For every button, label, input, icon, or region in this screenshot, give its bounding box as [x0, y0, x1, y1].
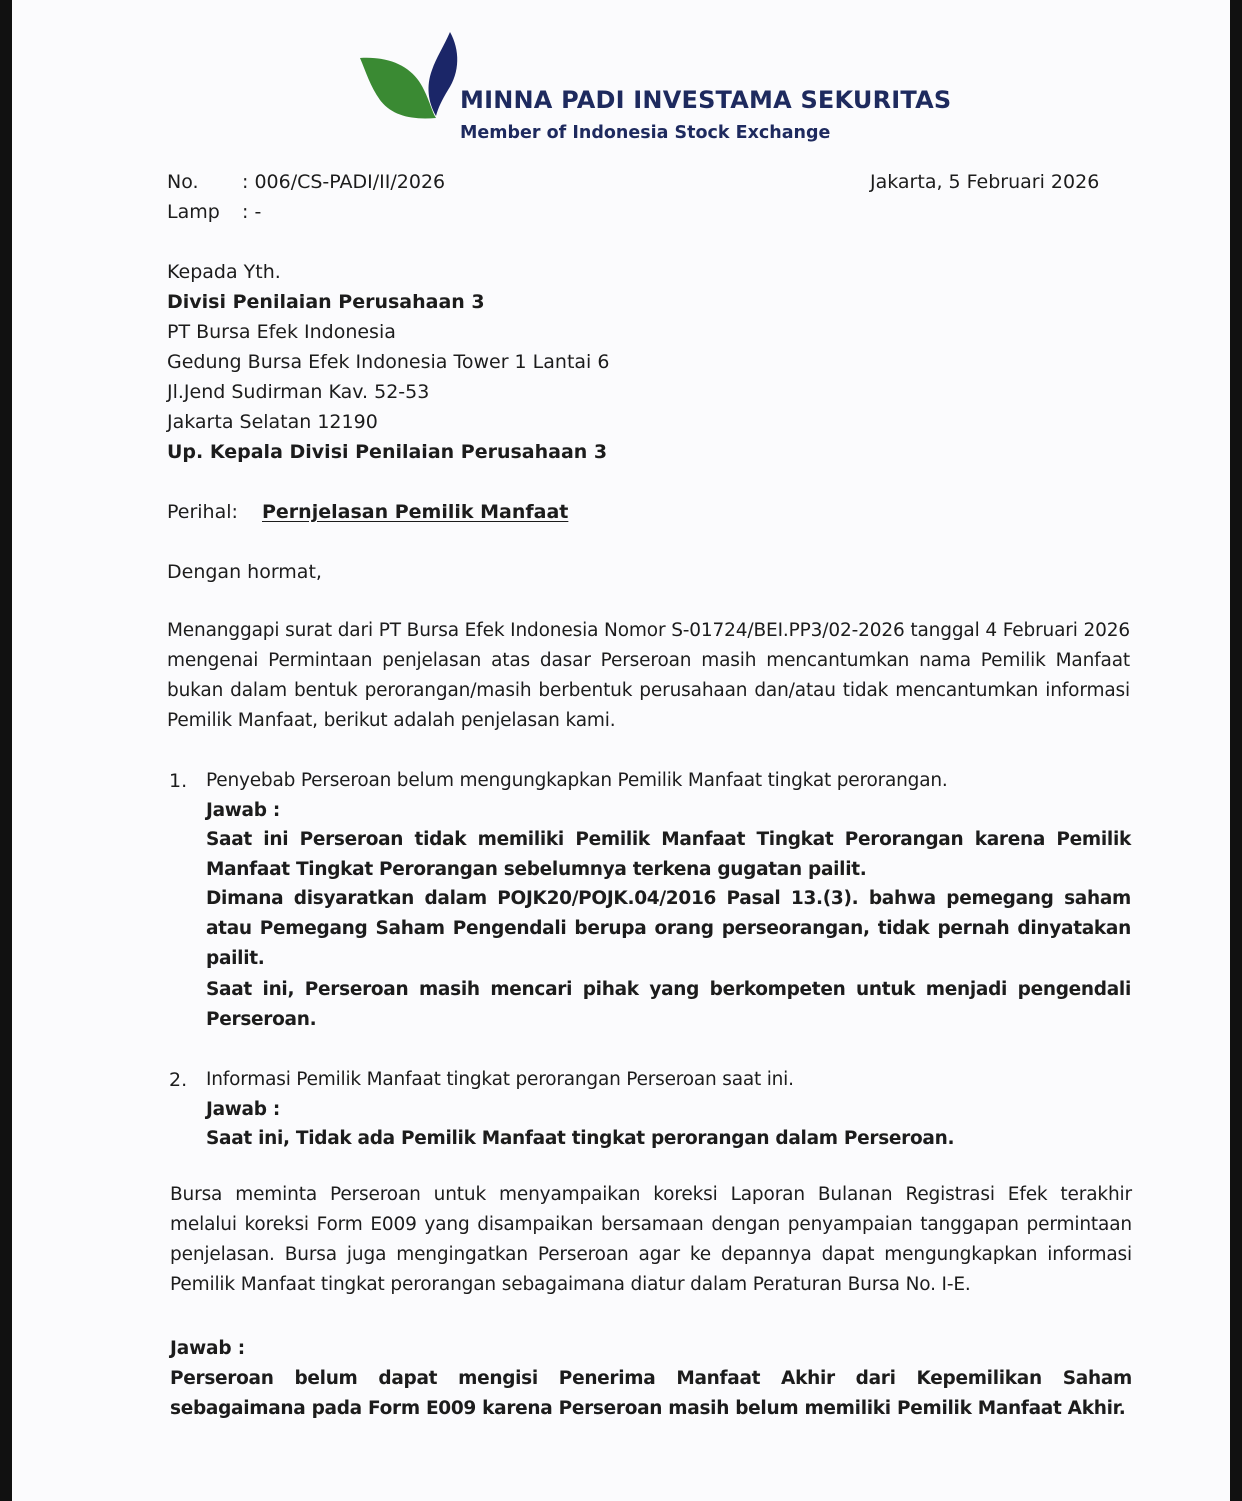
recipient-greeting: Kepada Yth. — [167, 257, 609, 287]
answer-label: Jawab : — [206, 1095, 1131, 1125]
letter-number: : 006/CS-PADI/II/2026 — [242, 167, 445, 197]
request-answer: Perseroan belum dapat mengisi Penerima M… — [170, 1364, 1132, 1424]
answer-paragraph: Saat ini Perseroan tidak memiliki Pemili… — [206, 825, 1131, 885]
answer-paragraph: Saat ini, Tidak ada Pemilik Manfaat ting… — [206, 1124, 1131, 1154]
recipient-line: Jakarta Selatan 12190 — [167, 407, 609, 437]
recipient-line: Jl.Jend Sudirman Kav. 52-53 — [167, 377, 609, 407]
letter-date: Jakarta, 5 Februari 2026 — [870, 167, 1099, 197]
company-logo-icon — [352, 28, 462, 123]
subject-value: Pernjelasan Pemilik Manfaat — [262, 497, 568, 527]
request-answer-label: Jawab : — [170, 1334, 1132, 1364]
intro-paragraph: Menanggapi surat dari PT Bursa Efek Indo… — [167, 616, 1130, 736]
item-number: 2. — [169, 1065, 187, 1095]
attachment-label: Lamp — [167, 197, 220, 227]
recipient-line: Divisi Penilaian Perusahaan 3 — [167, 287, 609, 317]
salutation: Dengan hormat, — [167, 557, 322, 587]
letter-page: MINNA PADI INVESTAMA SEKURITAS Member of… — [12, 0, 1230, 1501]
letter-number-label: No. — [167, 167, 199, 197]
answer-paragraph: Saat ini, Perseroan masih mencari pihak … — [206, 975, 1131, 1035]
recipient-line: Up. Kepala Divisi Penilaian Perusahaan 3 — [167, 437, 609, 467]
subject-label: Perihal: — [167, 497, 238, 527]
recipient-block: Kepada Yth. Divisi Penilaian Perusahaan … — [167, 257, 609, 467]
answer-paragraph: Dimana disyaratkan dalam POJK20/POJK.04/… — [206, 884, 1131, 974]
request-paragraph: Bursa meminta Perseroan untuk menyampaik… — [170, 1180, 1132, 1300]
item-question: Penyebab Perseroan belum mengungkapkan P… — [206, 766, 948, 796]
recipient-line: Gedung Bursa Efek Indonesia Tower 1 Lant… — [167, 347, 609, 377]
item-question: Informasi Pemilik Manfaat tingkat perora… — [206, 1065, 794, 1095]
attachment-value: : - — [242, 197, 261, 227]
answer-label: Jawab : — [206, 796, 1131, 826]
recipient-line: PT Bursa Efek Indonesia — [167, 317, 609, 347]
company-tagline: Member of Indonesia Stock Exchange — [460, 123, 830, 143]
company-name: MINNA PADI INVESTAMA SEKURITAS — [460, 86, 951, 114]
item-number: 1. — [169, 766, 187, 796]
